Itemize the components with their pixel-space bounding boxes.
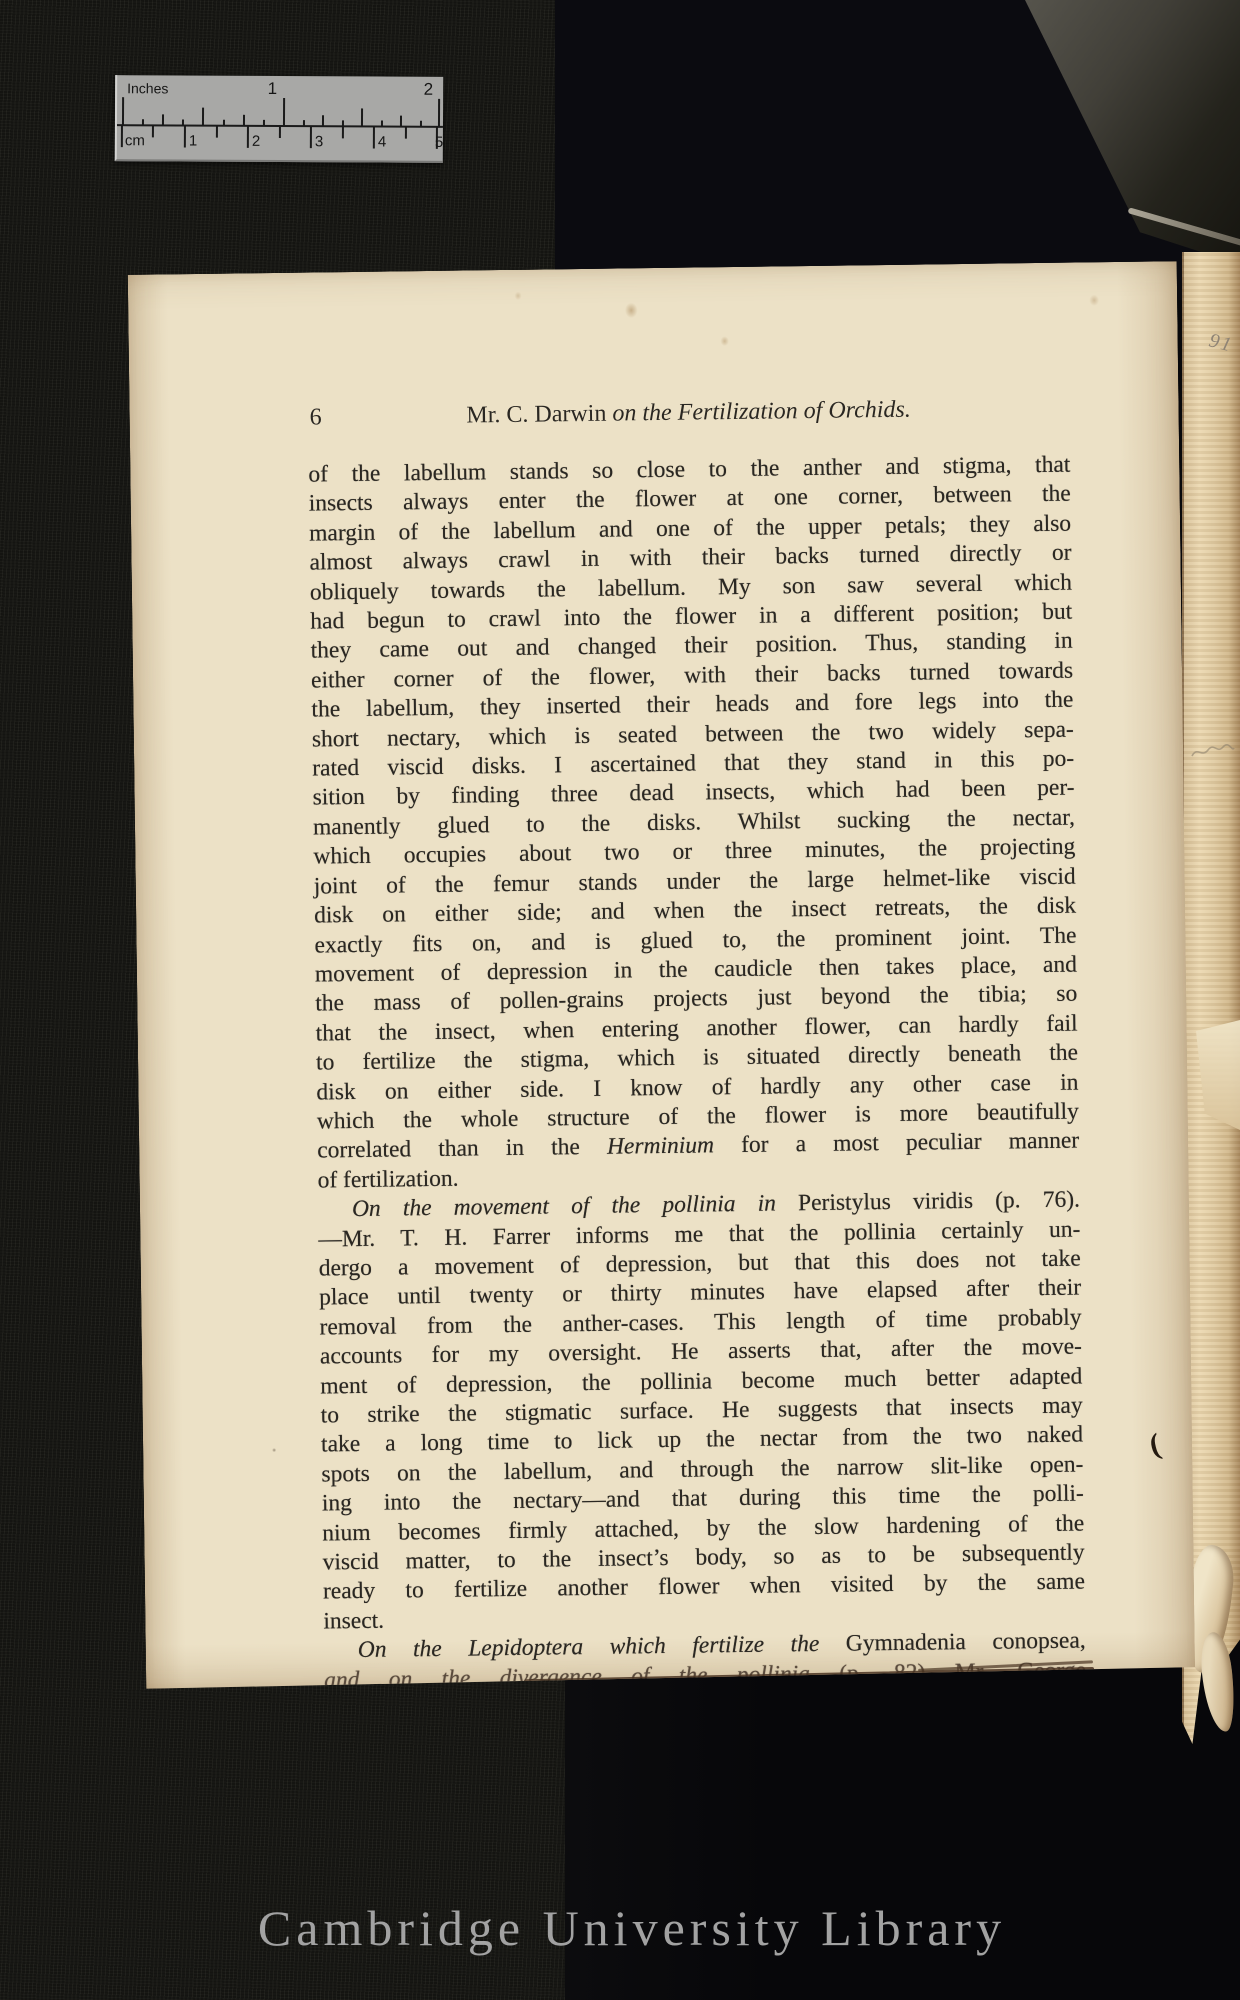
header-title: Mr. C. Darwin on the Fertilization of Or… xyxy=(307,395,1069,432)
header-author: Mr. C. Darwin xyxy=(466,401,612,429)
text-paragraph: of the labellum stands so close to the a… xyxy=(308,451,1080,1196)
running-header: 6 Mr. C. Darwin on the Fertilization of … xyxy=(307,395,1069,435)
library-watermark: Cambridge University Library xyxy=(0,1899,1240,1957)
page-number: 6 xyxy=(309,404,321,431)
ruler-inches-label: Inches xyxy=(127,80,168,96)
book-page: 6 Mr. C. Darwin on the Fertilization of … xyxy=(128,261,1195,1695)
ruler-inch-number: 1 xyxy=(268,79,278,98)
ruler-cm-number: 4 xyxy=(378,134,386,151)
library-scan-photo: 91 Inches xyxy=(0,0,1240,2000)
ruler-cm-number: 1 xyxy=(189,133,197,150)
ruler-cm-number: 3 xyxy=(315,133,323,150)
ruler-cm-number: 2 xyxy=(252,133,260,150)
text-paragraph: On the movement of the pollinia in Peris… xyxy=(318,1186,1086,1637)
ruler-cm-number: 5 xyxy=(435,134,443,151)
ruler-inch-number: 2 xyxy=(424,80,434,99)
ruler-cm-label: cm xyxy=(125,132,145,149)
pencil-scribble xyxy=(1190,742,1236,764)
measurement-ruler: Inches 1 2 cm 1 2 3 4 5 xyxy=(115,75,443,163)
page-text: of the labellum stands so close to the a… xyxy=(308,451,1086,1695)
header-work-title: on the Fertilization of Orchids. xyxy=(612,397,911,427)
